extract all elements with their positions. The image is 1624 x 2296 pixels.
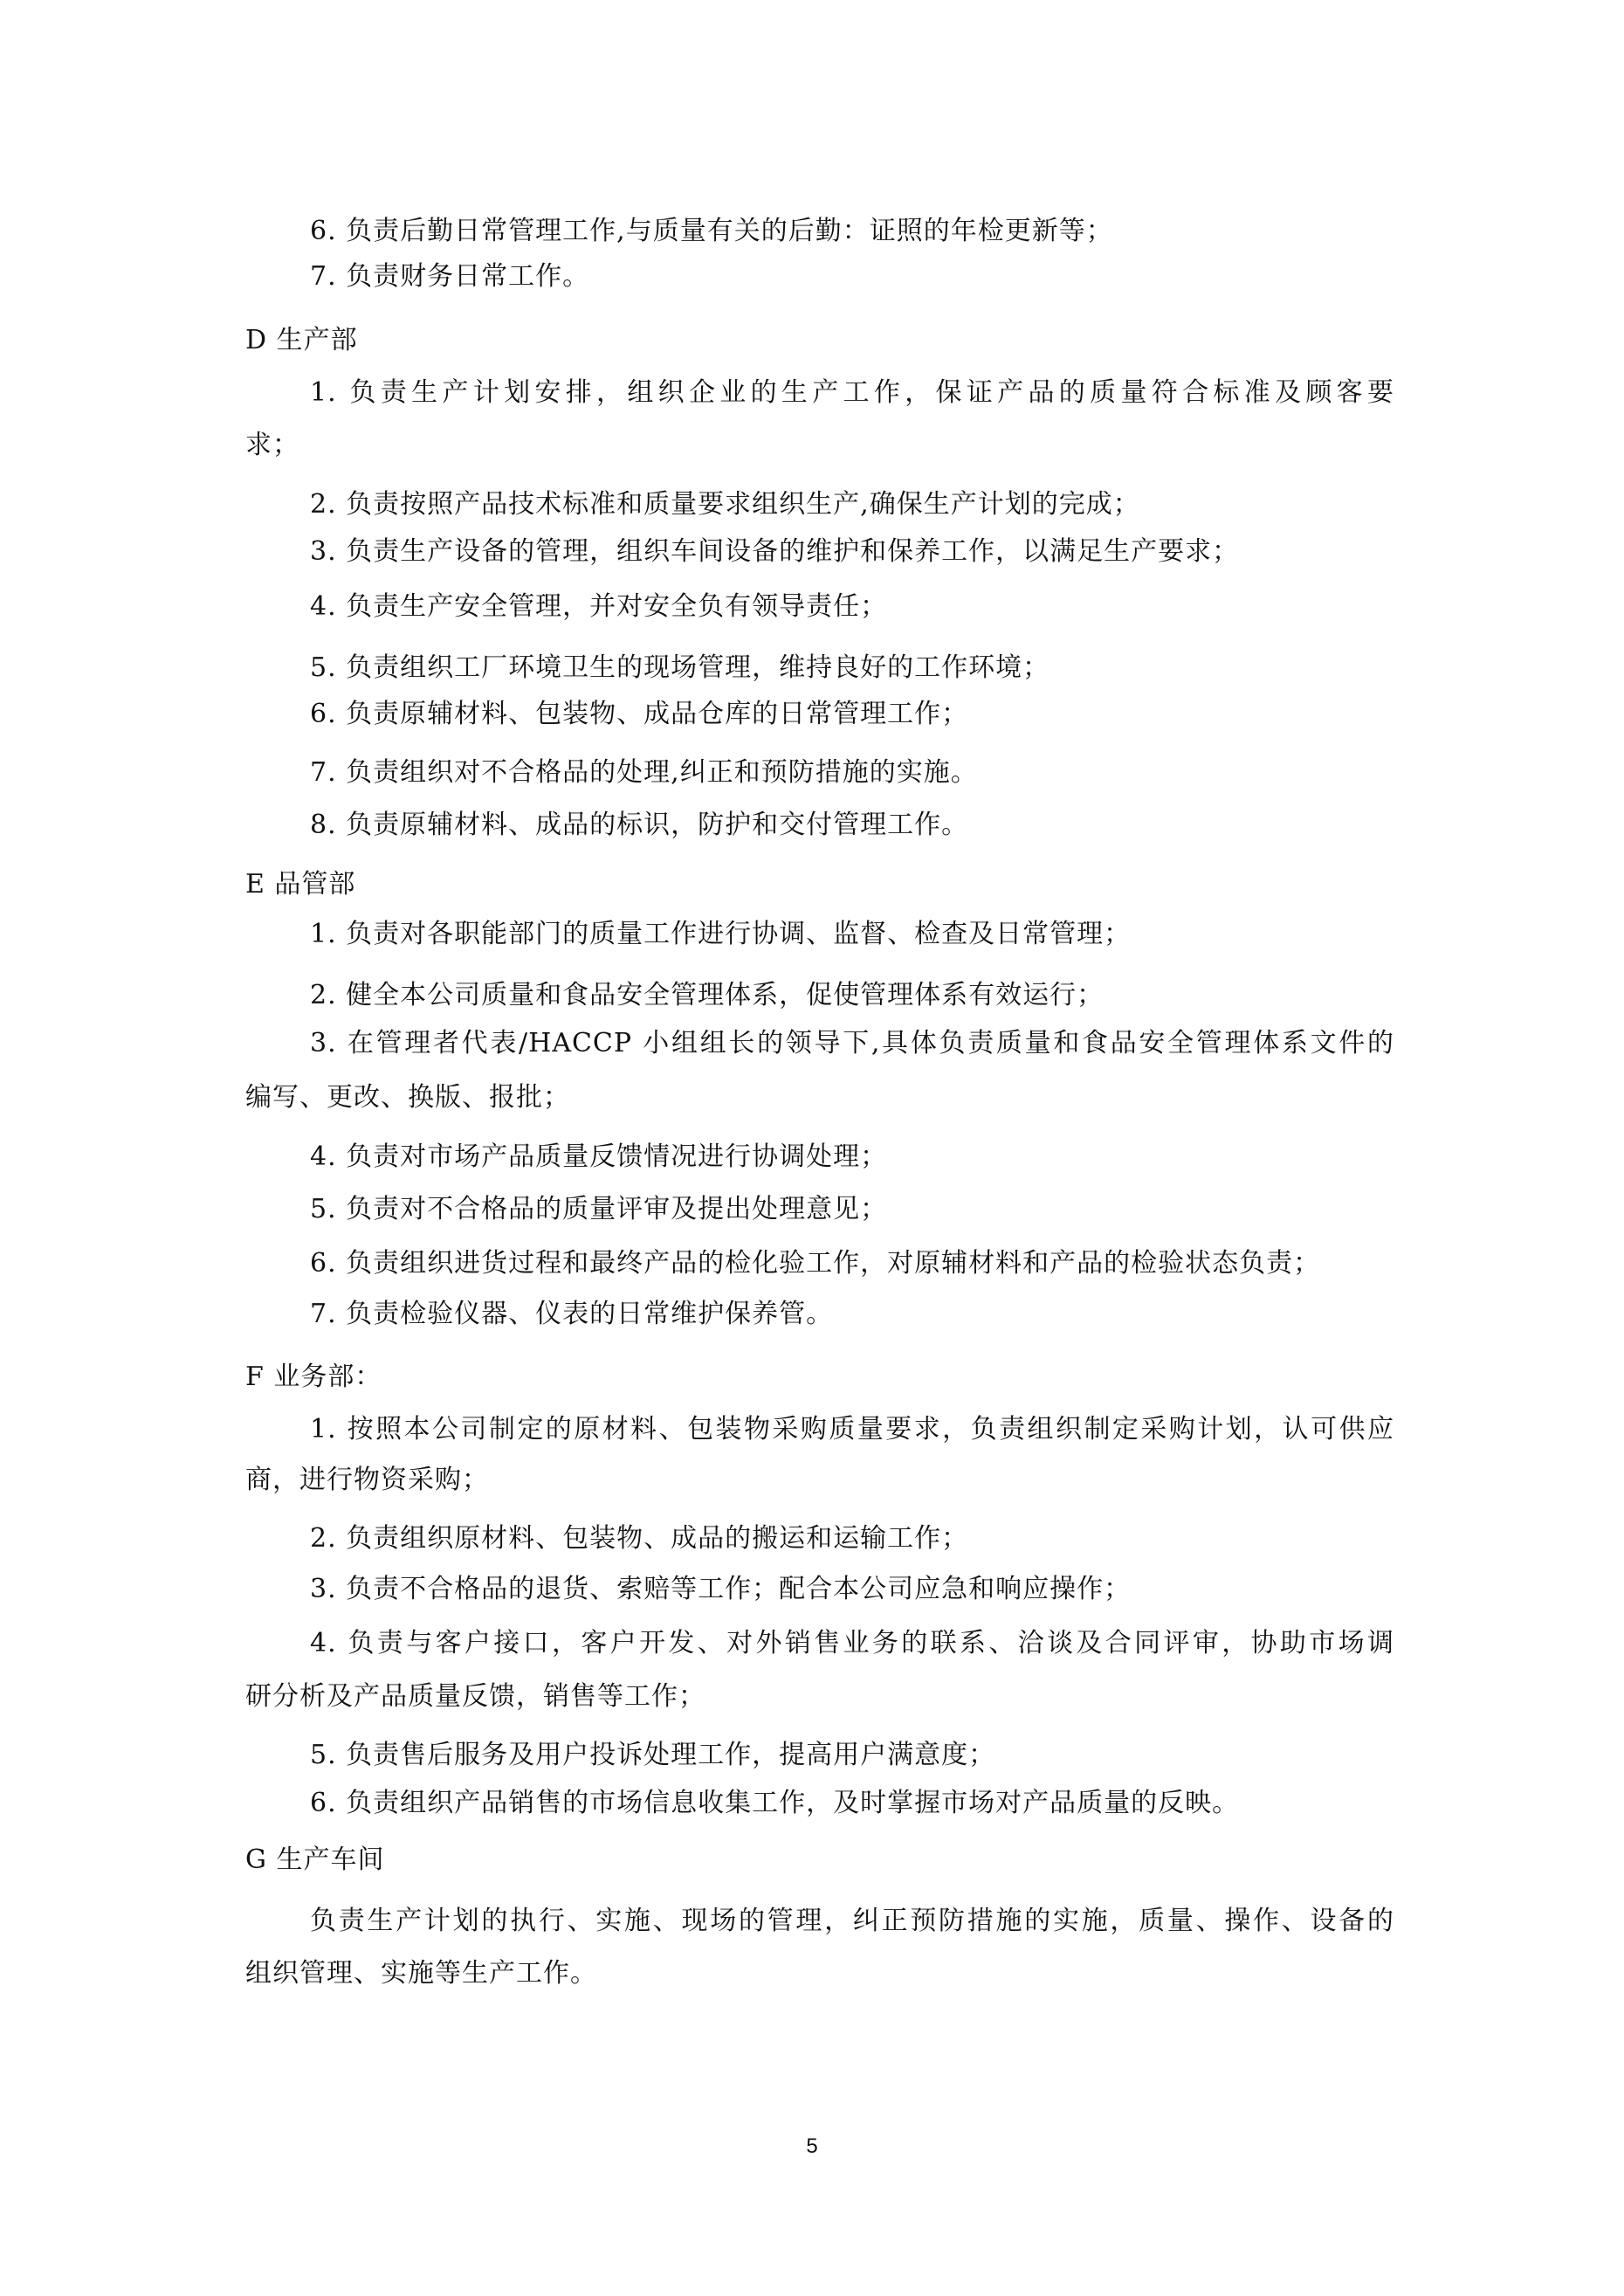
page-number: 5: [802, 2131, 822, 2162]
list-item: 6. 负责组织产品销售的市场信息收集工作，及时掌握市场对产品质量的反映。: [310, 1786, 1239, 1821]
list-item: 6. 负责后勤日常管理工作,与质量有关的后勤：证照的年检更新等；: [310, 214, 1113, 249]
list-item-continuation: 求；: [245, 428, 299, 463]
list-item: 2. 健全本公司质量和食品安全管理体系，促使管理体系有效运行；: [310, 978, 1104, 1013]
list-item: 3. 在管理者代表/HACCP 小组组长的领导下,具体负责质量和食品安全管理体系…: [310, 1026, 1394, 1061]
list-item: 6. 负责原辅材料、包装物、成品仓库的日常管理工作；: [310, 697, 968, 732]
list-item: 3. 负责生产设备的管理，组织车间设备的维护和保养工作，以满足生产要求；: [310, 534, 1239, 569]
list-item: 4. 负责生产安全管理，并对安全负有领导责任；: [310, 590, 887, 624]
document-page: 6. 负责后勤日常管理工作,与质量有关的后勤：证照的年检更新等； 7. 负责财务…: [0, 0, 1624, 2296]
list-item: 1. 负责生产计划安排，组织企业的生产工作，保证产品的质量符合标准及顾客要: [310, 376, 1394, 410]
paragraph-line: 负责生产计划的执行、实施、现场的管理，纠正预防措施的实施，质量、操作、设备的: [310, 1904, 1394, 1939]
section-heading-workshop: G 生产车间: [245, 1843, 385, 1878]
section-heading-quality: E 品管部: [245, 867, 355, 902]
list-item: 2. 负责按照产品技术标准和质量要求组织生产,确保生产计划的完成；: [310, 487, 1140, 522]
list-item-continuation: 商，进行物资采购；: [245, 1463, 489, 1498]
list-item: 3. 负责不合格品的退货、索赔等工作；配合本公司应急和响应操作；: [310, 1572, 1131, 1607]
list-item: 1. 按照本公司制定的原材料、包装物采购质量要求，负责组织制定采购计划，认可供应: [310, 1412, 1394, 1447]
list-item: 1. 负责对各职能部门的质量工作进行协调、监督、检查及日常管理；: [310, 917, 1131, 952]
list-item: 2. 负责组织原材料、包装物、成品的搬运和运输工作；: [310, 1521, 968, 1556]
list-item: 5. 负责售后服务及用户投诉处理工作，提高用户满意度；: [310, 1738, 995, 1773]
list-item: 5. 负责组织工厂环境卫生的现场管理，维持良好的工作环境；: [310, 651, 1049, 686]
section-heading-business: F 业务部：: [245, 1360, 382, 1395]
list-item-continuation: 研分析及产品质量反馈，销售等工作；: [245, 1679, 705, 1714]
list-item: 8. 负责原辅材料、成品的标识，防护和交付管理工作。: [310, 808, 968, 843]
list-item: 4. 负责与客户接口，客户开发、对外销售业务的联系、洽谈及合同评审，协助市场调: [310, 1626, 1394, 1661]
list-item: 7. 负责检验仪器、仪表的日常维护保养管。: [310, 1297, 833, 1332]
section-heading-production: D 生产部: [245, 323, 358, 358]
list-item: 7. 负责财务日常工作。: [310, 259, 589, 294]
list-item: 4. 负责对市场产品质量反馈情况进行协调处理；: [310, 1140, 887, 1175]
list-item: 7. 负责组织对不合格品的处理,纠正和预防措施的实施。: [310, 755, 978, 790]
list-item-continuation: 编写、更改、换版、报批；: [245, 1080, 570, 1115]
list-item: 5. 负责对不合格品的质量评审及提出处理意见；: [310, 1192, 887, 1227]
list-item: 6. 负责组织进货过程和最终产品的检化验工作，对原辅材料和产品的检验状态负责；: [310, 1246, 1320, 1281]
paragraph-continuation: 组织管理、实施等生产工作。: [245, 1956, 597, 1991]
